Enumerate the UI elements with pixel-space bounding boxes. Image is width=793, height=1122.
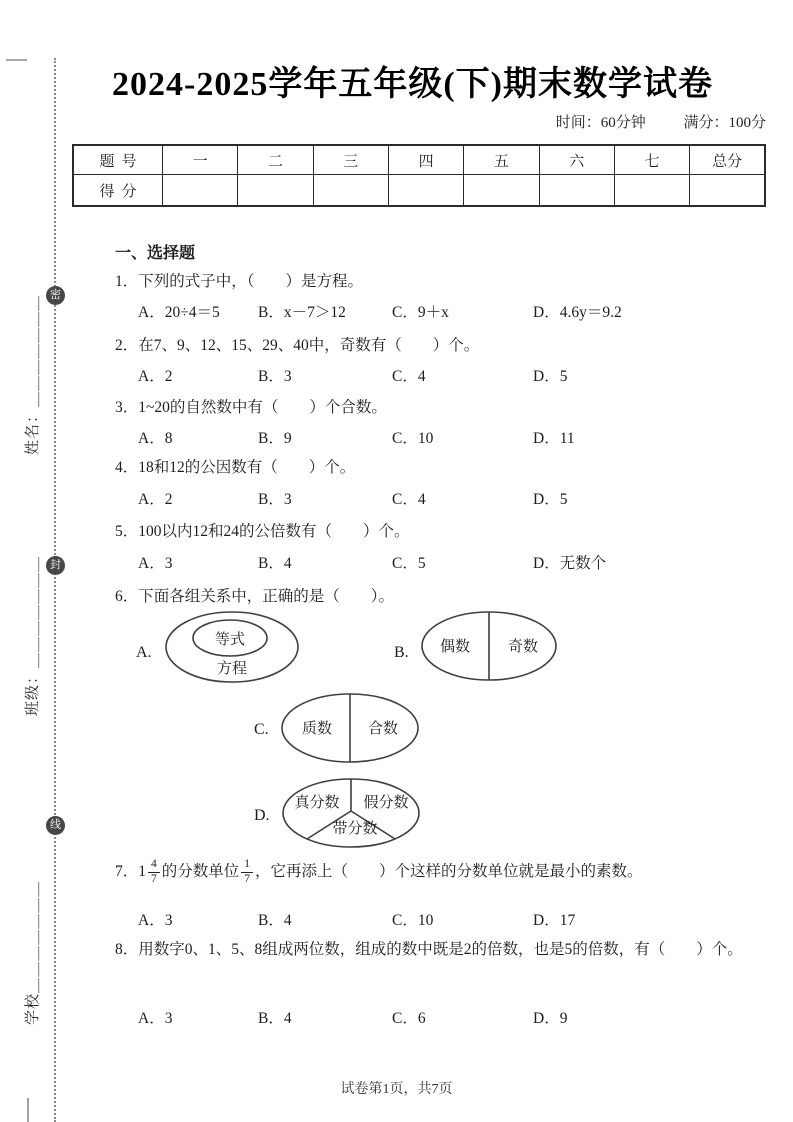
option-c: C．4: [392, 362, 533, 392]
score-cell: [388, 175, 463, 207]
student-class-blank: 班级：＿＿＿＿＿＿＿: [21, 556, 42, 716]
question-2-options: A．2 B．3 C．4 D．5: [115, 362, 767, 392]
time-limit: 时间：60分钟: [556, 115, 646, 131]
option-d: D．5: [533, 485, 767, 515]
option-d: D．11: [533, 424, 767, 454]
student-name-blank: 姓名：＿＿＿＿＿＿＿: [21, 295, 42, 455]
score-cell: [238, 175, 313, 207]
option-a: A．2: [138, 362, 258, 392]
student-school-blank: 学校＿＿＿＿＿＿＿: [21, 881, 42, 1025]
fraction-denominator: 7: [241, 873, 253, 886]
diagram-a-outer-text: 方程: [217, 660, 247, 677]
score-row-label: 得分: [73, 175, 163, 207]
question-6-diagrams: A. 等式 方程 B. 偶数 奇数 C. 质数 合数 D. 真分数 假分数 带分…: [72, 600, 765, 855]
option-c: C．4: [392, 485, 533, 515]
option-c: C．9＋x: [392, 298, 533, 328]
seal-char-feng: 封: [46, 556, 65, 575]
option-c: C．10: [392, 424, 533, 454]
score-table-header: 五: [464, 145, 539, 175]
fold-mark-top: [6, 59, 27, 61]
page-title: 2024-2025学年五年级(下)期末数学试卷: [60, 56, 765, 105]
question-1: 1．下列的式子中，（ ）是方程。: [115, 266, 767, 298]
question-7-options: A．3 B．4 C．10 D．17: [115, 906, 767, 936]
option-d: D．5: [533, 362, 767, 392]
question-1-options: A．20÷4＝5 B．x－7＞12 C．9＋x D．4.6y＝9.2: [115, 298, 767, 328]
score-cell: [313, 175, 388, 207]
score-table-header-row: 题号 一 二 三 四 五 六 七 总分: [73, 145, 765, 175]
option-c: C．10: [392, 906, 533, 936]
question-5-options: A．3 B．4 C．5 D．无数个: [115, 549, 767, 579]
score-table-header: 三: [313, 145, 388, 175]
score-cell: [614, 175, 689, 207]
diagram-b-left-text: 偶数: [440, 638, 470, 655]
option-d: D．无数个: [533, 549, 767, 579]
fraction-4-7: 4 7: [148, 858, 160, 885]
option-b: B．3: [258, 362, 392, 392]
option-a: A．2: [138, 485, 258, 515]
option-a: A．3: [138, 1004, 258, 1034]
question-5: 5．100以内12和24的公倍数有（ ）个。: [115, 516, 767, 548]
option-b: B．4: [258, 906, 392, 936]
diagram-b-label: B.: [394, 644, 409, 661]
diagram-d-label: D.: [254, 807, 270, 824]
option-b: B．4: [258, 1004, 392, 1034]
diagram-c-left-text: 质数: [302, 720, 332, 737]
exam-paper-page: 密 封 线 姓名：＿＿＿＿＿＿＿ 班级：＿＿＿＿＿＿＿ 学校＿＿＿＿＿＿＿ 20…: [0, 0, 793, 1122]
option-a: A．3: [138, 906, 258, 936]
question-3-options: A．8 B．9 C．10 D．11: [115, 424, 767, 454]
option-b: B．9: [258, 424, 392, 454]
score-table-header: 四: [388, 145, 463, 175]
exam-meta: 时间：60分钟 满分：100分: [72, 111, 766, 132]
diagram-a-label: A.: [136, 644, 152, 661]
question-7-prefix: 7．1: [115, 856, 146, 888]
score-table-header: 七: [614, 145, 689, 175]
question-7-suffix: ，它再添上（ ）个这样的分数单位就是最小的素数。: [255, 856, 643, 888]
option-b: B．3: [258, 485, 392, 515]
option-a: A．3: [138, 549, 258, 579]
question-7-middle: 的分数单位: [162, 856, 240, 888]
option-d: D．17: [533, 906, 767, 936]
section-title: 一、选择题: [115, 240, 195, 263]
score-table-header: 六: [539, 145, 614, 175]
option-c: C．5: [392, 549, 533, 579]
score-cell: [690, 175, 765, 207]
score-table-header: 一: [163, 145, 238, 175]
option-a: A．20÷4＝5: [138, 298, 258, 328]
score-table: 题号 一 二 三 四 五 六 七 总分 得分: [72, 144, 766, 207]
question-8-options: A．3 B．4 C．6 D．9: [115, 1004, 767, 1034]
option-b: B．4: [258, 549, 392, 579]
score-table-header: 题号: [73, 145, 163, 175]
diagram-d-topleft-text: 真分数: [294, 793, 339, 811]
diagram-d-topright-text: 假分数: [363, 794, 408, 811]
question-4-options: A．2 B．3 C．4 D．5: [115, 485, 767, 515]
score-table-header: 总分: [690, 145, 765, 175]
full-score: 满分：100分: [683, 115, 766, 131]
fraction-denominator: 7: [148, 873, 160, 886]
score-table-score-row: 得分: [73, 175, 765, 207]
score-table-header: 二: [238, 145, 313, 175]
diagram-c-right-text: 合数: [368, 720, 398, 737]
question-8: 8．用数字0、1、5、8组成两位数，组成的数中既是2的倍数，也是5的倍数，有（ …: [115, 934, 767, 966]
diagram-a-inner-text: 等式: [215, 631, 245, 648]
seal-dotted-line: [54, 58, 56, 1122]
score-cell: [163, 175, 238, 207]
page-number: 试卷第1页，共7页: [50, 1078, 743, 1098]
seal-char-xian: 线: [46, 816, 65, 835]
fraction-1-7: 1 7: [241, 858, 253, 885]
fraction-numerator: 1: [241, 858, 253, 872]
diagram-b-right-text: 奇数: [508, 638, 538, 655]
option-d: D．9: [533, 1004, 767, 1034]
seal-char-mi: 密: [46, 286, 65, 305]
score-cell: [539, 175, 614, 207]
option-b: B．x－7＞12: [258, 298, 392, 328]
fold-mark-bottom: [27, 1098, 29, 1122]
option-a: A．8: [138, 424, 258, 454]
question-2: 2．在7、9、12、15、29、40中，奇数有（ ）个。: [115, 330, 767, 362]
option-d: D．4.6y＝9.2: [533, 298, 767, 328]
diagram-c-label: C.: [254, 721, 269, 738]
fraction-numerator: 4: [148, 858, 160, 872]
question-3: 3．1~20的自然数中有（ ）个合数。: [115, 392, 767, 424]
option-c: C．6: [392, 1004, 533, 1034]
score-cell: [464, 175, 539, 207]
question-7: 7．1 4 7 的分数单位 1 7 ，它再添上（ ）个这样的分数单位就是最小的素…: [115, 851, 767, 893]
question-4: 4．18和12的公因数有（ ）个。: [115, 452, 767, 484]
diagram-d-bottom-text: 带分数: [332, 820, 377, 837]
